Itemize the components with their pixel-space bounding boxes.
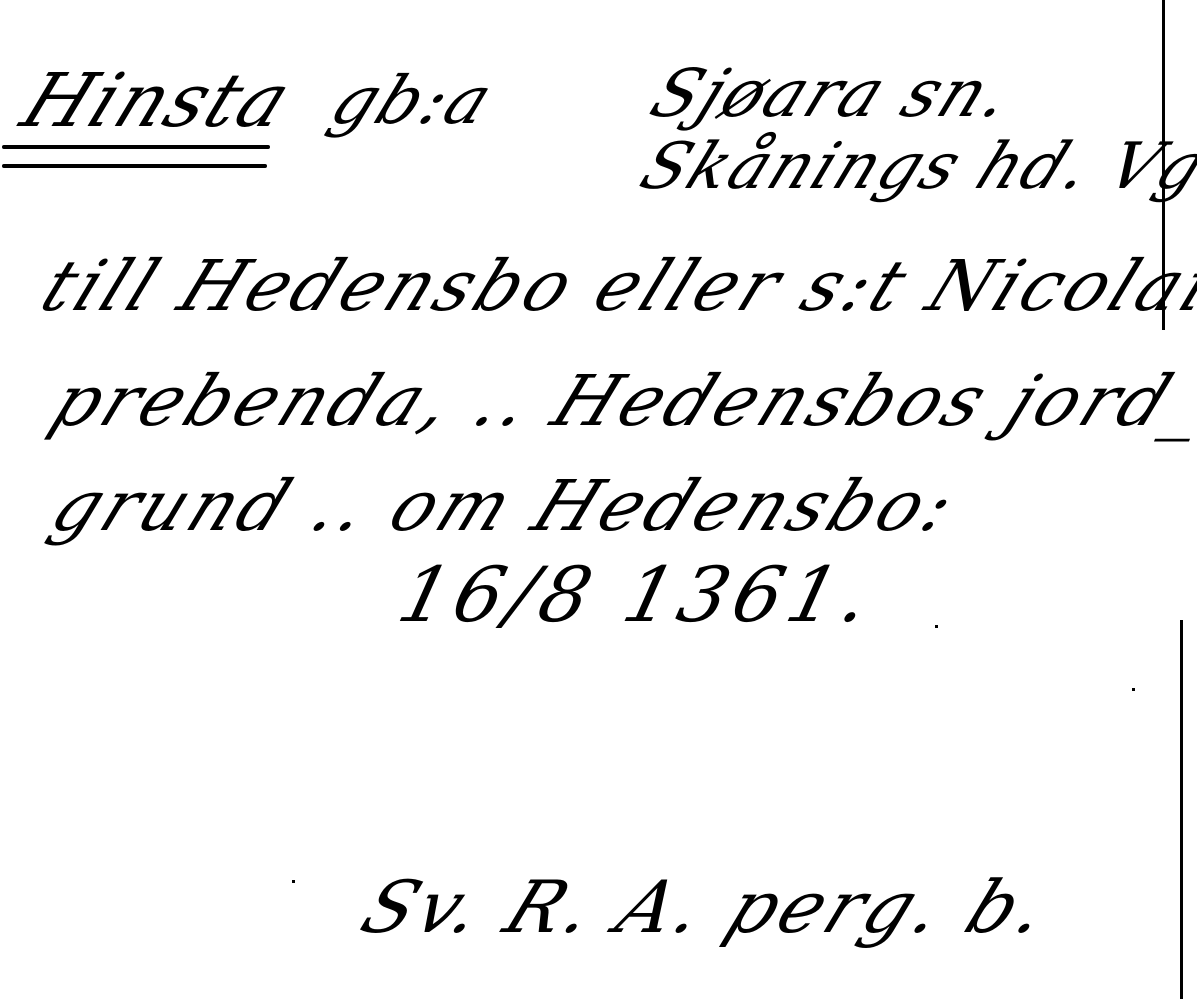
document-date: 16/8 1361. xyxy=(390,550,885,639)
ink-speck xyxy=(292,880,295,883)
body-line-1: till Hedensbo eller s:t Nicolai xyxy=(30,245,1197,327)
heading-underline-upper xyxy=(2,145,270,149)
heading-suffix: gb:a xyxy=(320,62,505,139)
body-line-2: prebenda, .. Hedensbos jord_ xyxy=(40,360,1197,442)
archive-index-card: Hinsta gb:a Sjøara sn. Skånings hd. Vg. … xyxy=(0,0,1197,999)
place-name-heading: Hinsta xyxy=(10,58,304,144)
body-line-3: grund .. om Hedensbo: xyxy=(40,465,970,547)
ink-speck xyxy=(1132,688,1135,691)
card-right-edge-lower xyxy=(1180,620,1183,999)
parish-name: Sjøara sn. xyxy=(640,55,1025,132)
source-reference: Sv. R. A. perg. b. xyxy=(350,865,1065,949)
ink-speck xyxy=(935,625,938,628)
heading-underline-lower xyxy=(2,164,267,168)
district-name: Skånings hd. Vg. xyxy=(630,130,1197,204)
